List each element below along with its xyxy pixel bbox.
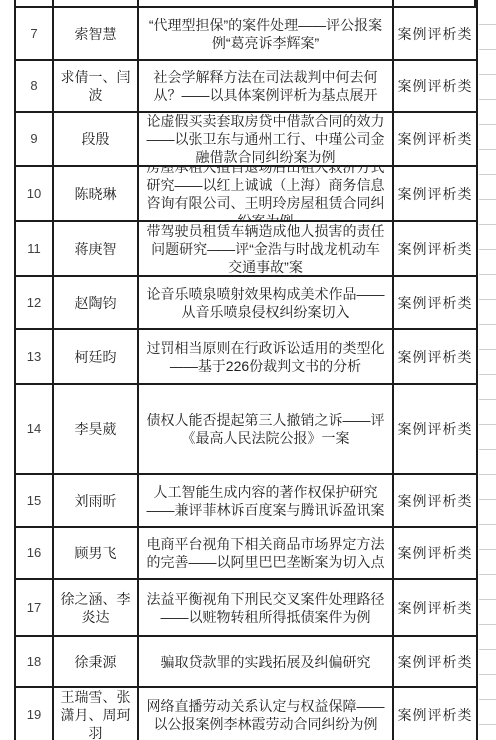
- category-cell: 案例评析类: [394, 61, 476, 111]
- category-cell: 案例评析类: [394, 113, 476, 165]
- row-number-cell: 7: [16, 8, 54, 59]
- title-cell: 过罚相当原则在行政诉讼适用的类型化——基于226份裁判文书的分析: [139, 330, 394, 383]
- title-cell: 论虚假买卖套取房贷中借款合同的效力——以张卫东与通州工行、中瑾公司金融借款合同纠…: [139, 113, 394, 165]
- author-cell: 赵陶钧: [54, 277, 139, 328]
- author-cell: 蒋庚智: [54, 222, 139, 275]
- category-cell: 案例评析类: [394, 167, 476, 220]
- author-cell: 陈晓琳: [54, 167, 139, 220]
- author-cell: 顾男飞: [54, 528, 139, 578]
- author-cell: 刘雨昕: [54, 475, 139, 526]
- spreadsheet-page: 7 索智慧 “代理型担保”的案件处理——评公报案例“葛亮诉李辉案” 案例评析类 …: [0, 0, 496, 740]
- row-number-cell: 16: [16, 528, 54, 578]
- author-cell: 徐之涵、李炎达: [54, 580, 139, 635]
- author-cell: 徐秉源: [54, 637, 139, 686]
- table-row: 17 徐之涵、李炎达 法益平衡视角下刑民交叉案件处理路径——以赃物转租所得抵债案…: [16, 580, 476, 637]
- author-cell: 求倩一、闫波: [54, 61, 139, 111]
- table-row: 8 求倩一、闫波 社会学解释方法在司法裁判中何去何从？——以具体案例评析为基点展…: [16, 61, 476, 113]
- title-cell: 债权人能否提起第三人撤销之诉——评《最高人民法院公报》一案: [139, 385, 394, 473]
- category-cell: 案例评析类: [394, 330, 476, 383]
- row-number-cell: 8: [16, 61, 54, 111]
- author-cell: 王瑞雪、张潇月、周珂羽: [54, 688, 139, 740]
- title-cell: 房屋承租人擅自退场后出租人救济方式研究——以红上诚诚（上海）商务信息咨询有限公司…: [139, 167, 394, 220]
- category-cell: 案例评析类: [394, 688, 476, 740]
- author-cell: 段殷: [54, 113, 139, 165]
- category-cell: 案例评析类: [394, 277, 476, 328]
- table-row: 7 索智慧 “代理型担保”的案件处理——评公报案例“葛亮诉李辉案” 案例评析类: [16, 8, 476, 61]
- title-cell: 社会学解释方法在司法裁判中何去何从？——以具体案例评析为基点展开: [139, 61, 394, 111]
- title-cell: 电商平台视角下相关商品市场界定方法的完善——以阿里巴巴垄断案为切入点: [139, 528, 394, 578]
- category-cell: 案例评析类: [394, 222, 476, 275]
- table-row: 19 王瑞雪、张潇月、周珂羽 网络直播劳动关系认定与权益保障——以公报案例李林霞…: [16, 688, 476, 740]
- title-cell: 网络直播劳动关系认定与权益保障——以公报案例李林霞劳动合同纠纷为例: [139, 688, 394, 740]
- row-number-cell: [16, 0, 54, 6]
- author-cell: 索智慧: [54, 8, 139, 59]
- table-row: 18 徐秉源 骗取贷款罪的实践拓展及纠偏研究 案例评析类: [16, 637, 476, 688]
- table-row: 11 蒋庚智 带驾驶员租赁车辆造成他人损害的责任问题研究——评“金浩与时战龙机动…: [16, 222, 476, 277]
- row-number-cell: 10: [16, 167, 54, 220]
- submissions-table: 7 索智慧 “代理型担保”的案件处理——评公报案例“葛亮诉李辉案” 案例评析类 …: [14, 0, 478, 740]
- row-number-cell: 9: [16, 113, 54, 165]
- category-cell: [394, 0, 476, 6]
- row-number-cell: 18: [16, 637, 54, 686]
- row-number-cell: 12: [16, 277, 54, 328]
- table-row: 12 赵陶钧 论音乐喷泉喷射效果构成美术作品——从音乐喷泉侵权纠纷案切入 案例评…: [16, 277, 476, 330]
- table-row: 9 段殷 论虚假买卖套取房贷中借款合同的效力——以张卫东与通州工行、中瑾公司金融…: [16, 113, 476, 167]
- spreadsheet-gridline-strip: [479, 0, 496, 740]
- table-row-partial: [16, 0, 476, 8]
- title-cell: 带驾驶员租赁车辆造成他人损害的责任问题研究——评“金浩与时战龙机动车交通事故”案: [139, 222, 394, 275]
- author-cell: 李昊葳: [54, 385, 139, 473]
- author-cell: 柯廷昀: [54, 330, 139, 383]
- row-number-cell: 13: [16, 330, 54, 383]
- table-row: 16 顾男飞 电商平台视角下相关商品市场界定方法的完善——以阿里巴巴垄断案为切入…: [16, 528, 476, 580]
- row-number-cell: 19: [16, 688, 54, 740]
- category-cell: 案例评析类: [394, 637, 476, 686]
- table-rows-container: 7 索智慧 “代理型担保”的案件处理——评公报案例“葛亮诉李辉案” 案例评析类 …: [16, 8, 476, 740]
- row-number-cell: 15: [16, 475, 54, 526]
- title-cell: 人工智能生成内容的著作权保护研究 ——兼评菲林诉百度案与腾讯诉盈讯案: [139, 475, 394, 526]
- category-cell: 案例评析类: [394, 8, 476, 59]
- row-number-cell: 11: [16, 222, 54, 275]
- author-cell: [54, 0, 139, 6]
- row-number-cell: 17: [16, 580, 54, 635]
- table-row: 14 李昊葳 债权人能否提起第三人撤销之诉——评《最高人民法院公报》一案 案例评…: [16, 385, 476, 475]
- table-row: 15 刘雨昕 人工智能生成内容的著作权保护研究 ——兼评菲林诉百度案与腾讯诉盈讯…: [16, 475, 476, 528]
- title-cell: [139, 0, 394, 6]
- row-number-cell: 14: [16, 385, 54, 473]
- title-cell: “代理型担保”的案件处理——评公报案例“葛亮诉李辉案”: [139, 8, 394, 59]
- title-cell: 法益平衡视角下刑民交叉案件处理路径——以赃物转租所得抵债案件为例: [139, 580, 394, 635]
- category-cell: 案例评析类: [394, 580, 476, 635]
- title-cell: 骗取贷款罪的实践拓展及纠偏研究: [139, 637, 394, 686]
- table-row: 13 柯廷昀 过罚相当原则在行政诉讼适用的类型化——基于226份裁判文书的分析 …: [16, 330, 476, 385]
- table-row: 10 陈晓琳 房屋承租人擅自退场后出租人救济方式研究——以红上诚诚（上海）商务信…: [16, 167, 476, 222]
- title-cell: 论音乐喷泉喷射效果构成美术作品——从音乐喷泉侵权纠纷案切入: [139, 277, 394, 328]
- category-cell: 案例评析类: [394, 475, 476, 526]
- category-cell: 案例评析类: [394, 528, 476, 578]
- category-cell: 案例评析类: [394, 385, 476, 473]
